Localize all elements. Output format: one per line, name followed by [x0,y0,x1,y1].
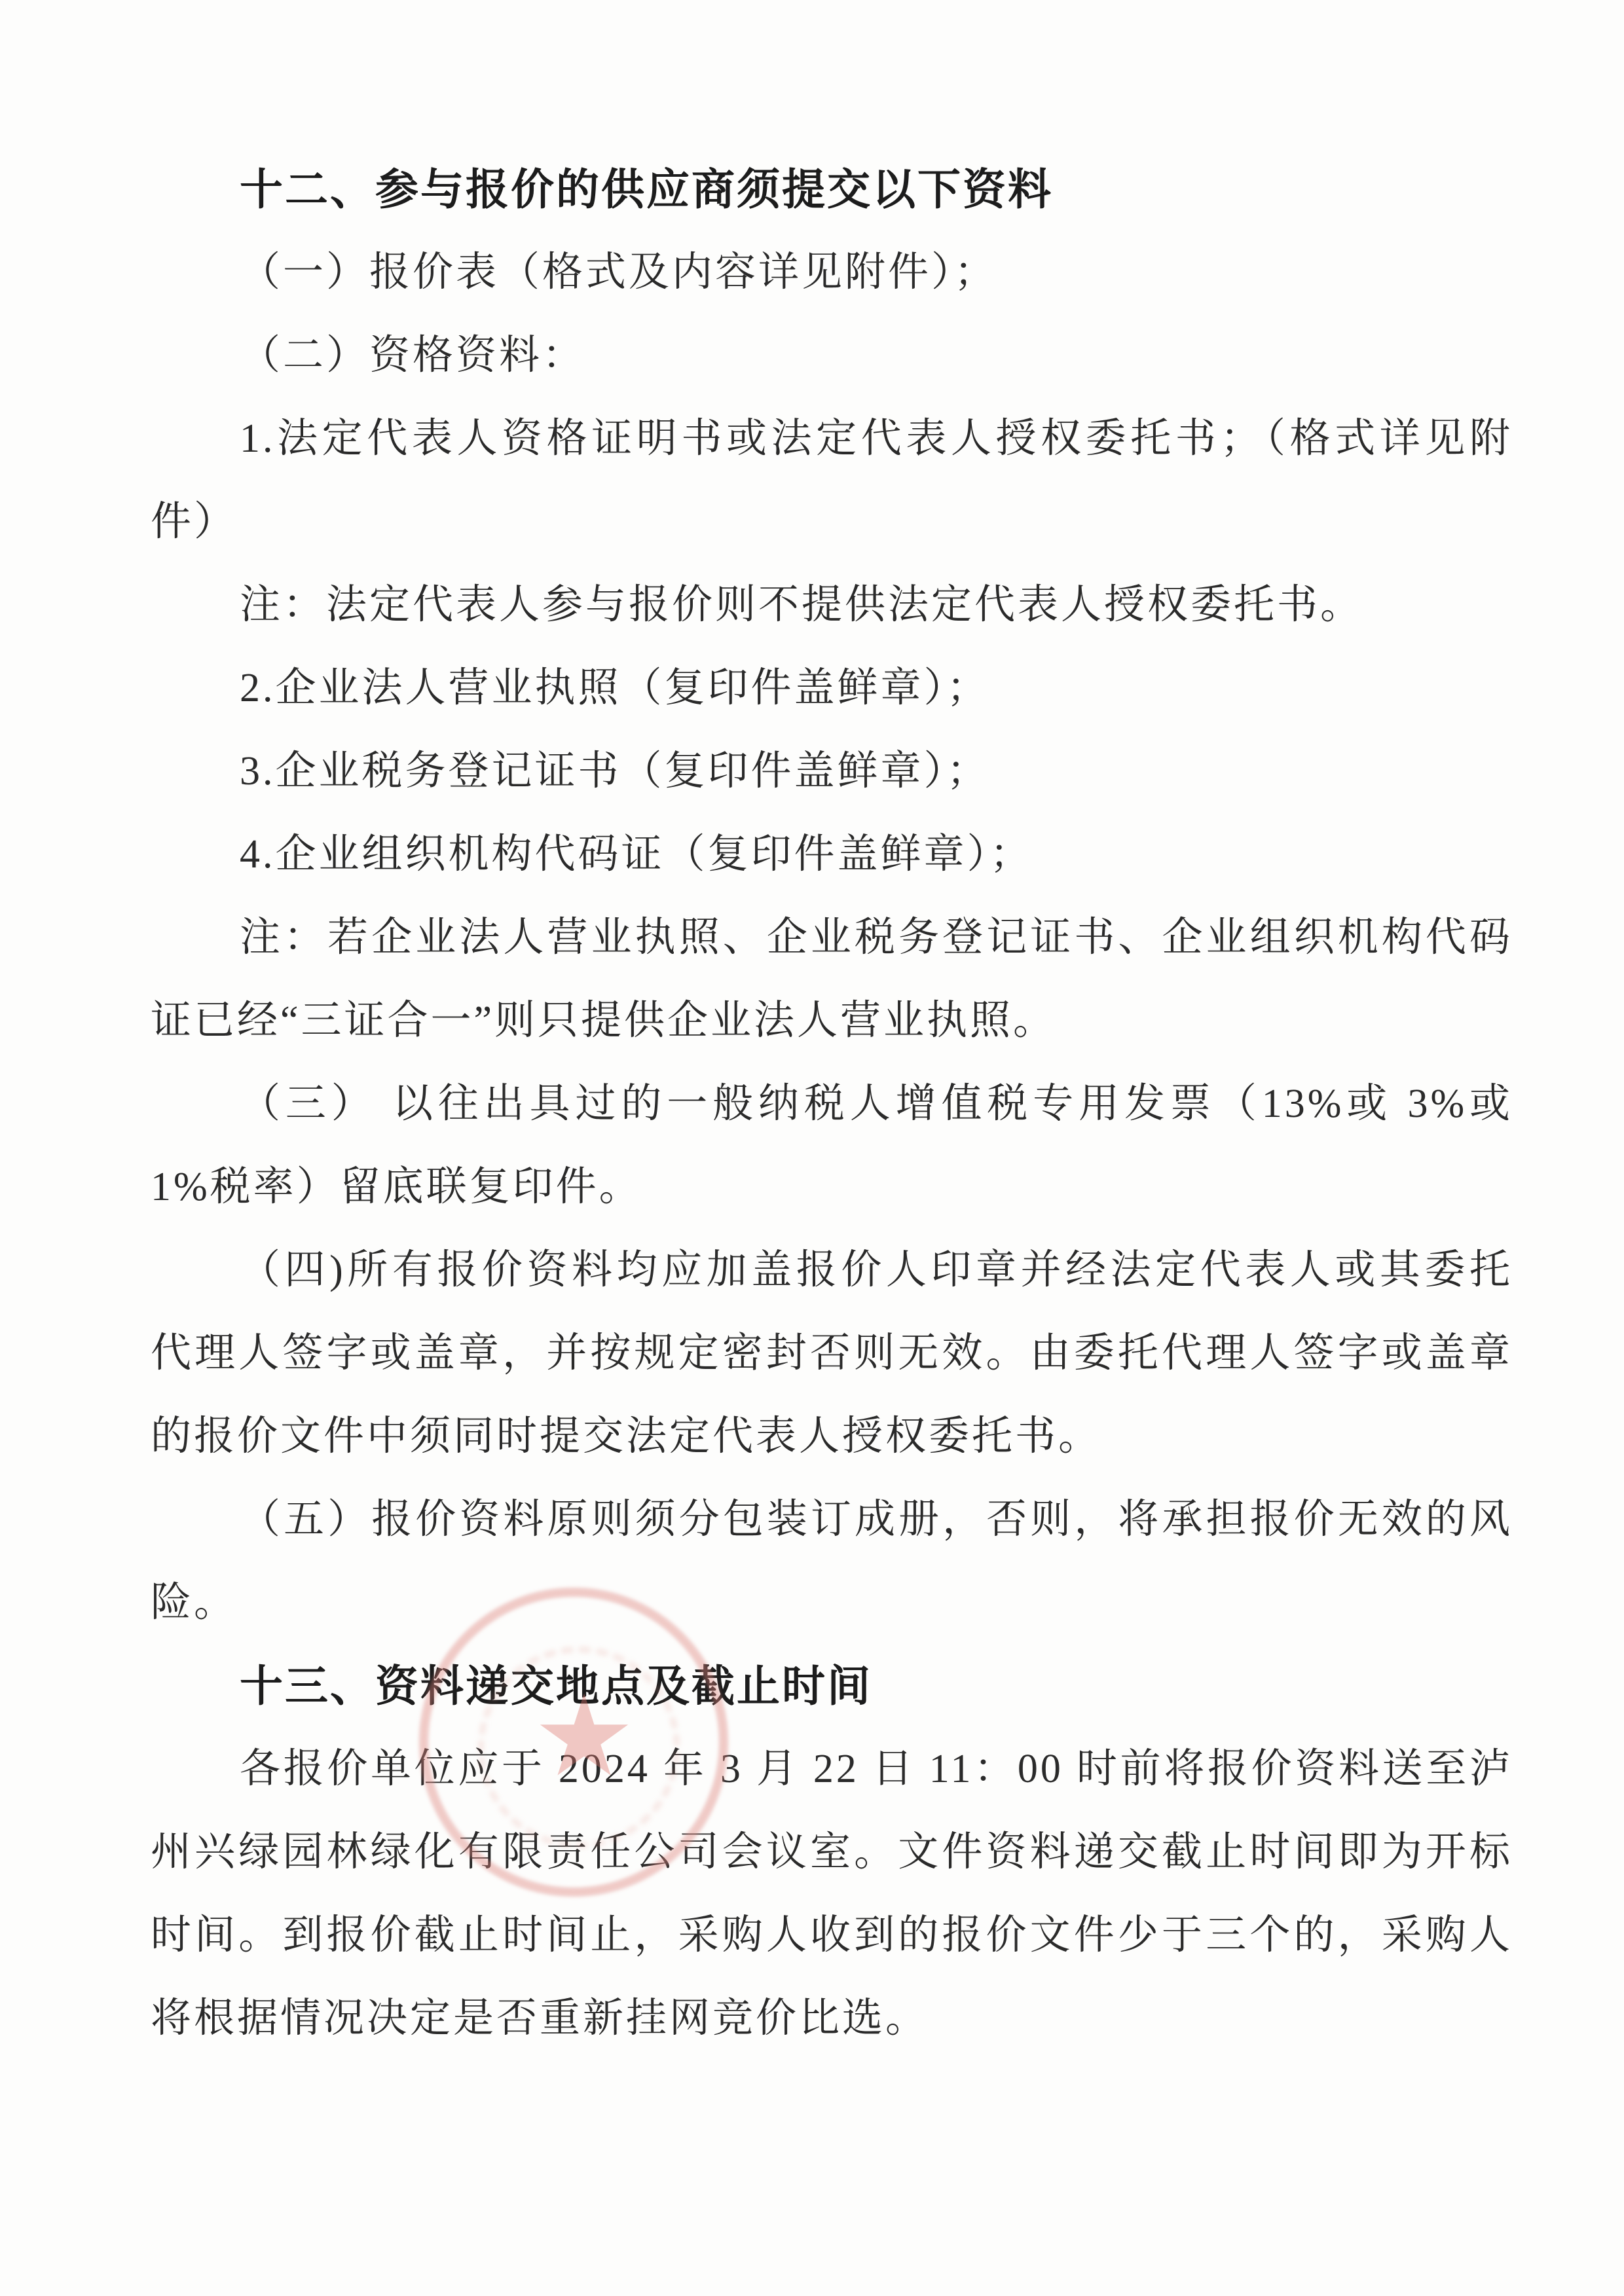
clause-3-line-1: （三） 以往出具过的一般纳税人增值税专用发票（13%或 3%或 [151,1063,1513,1146]
deadline-para-line-4: 将根据情况决定是否重新挂网竞价比选。 [151,1977,1513,2060]
document-body: 十二、参与报价的供应商须提交以下资料 （一）报价表（格式及内容详见附件）； （二… [151,148,1513,2060]
clause-4-line-3: 的报价文件中须同时提交法定代表人授权委托书。 [151,1395,1513,1478]
note-three-in-one-line-1: 注：若企业法人营业执照、企业税务登记证书、企业组织机构代码 [151,896,1513,979]
note-legal-rep-line: 注：法定代表人参与报价则不提供法定代表人授权委托书。 [151,564,1513,647]
item-3-line: 3.企业税务登记证书（复印件盖鲜章）； [151,730,1513,813]
clause-5-line-2: 险。 [151,1561,1513,1645]
clause-2-line: （二）资格资料： [151,314,1513,397]
item-4-line: 4.企业组织机构代码证（复印件盖鲜章）； [151,813,1513,896]
section-13-heading: 十三、资料递交地点及截止时间 [151,1645,1513,1728]
item-1-line-1: 1.法定代表人资格证明书或法定代表人授权委托书；（格式详见附 [151,397,1513,481]
clause-4-line-1: （四)所有报价资料均应加盖报价人印章并经法定代表人或其委托 [151,1229,1513,1312]
deadline-para-line-3: 时间。到报价截止时间止，采购人收到的报价文件少于三个的，采购人 [151,1894,1513,1977]
document-page: 十二、参与报价的供应商须提交以下资料 （一）报价表（格式及内容详见附件）； （二… [0,0,1624,2296]
note-three-in-one-line-2: 证已经“三证合一”则只提供企业法人营业执照。 [151,979,1513,1063]
deadline-para-line-2: 州兴绿园林绿化有限责任公司会议室。文件资料递交截止时间即为开标 [151,1811,1513,1894]
item-2-line: 2.企业法人营业执照（复印件盖鲜章）； [151,647,1513,730]
section-12-heading: 十二、参与报价的供应商须提交以下资料 [151,148,1513,231]
clause-1-line: （一）报价表（格式及内容详见附件）； [151,231,1513,314]
item-1-line-2: 件） [151,481,1513,564]
clause-5-line-1: （五）报价资料原则须分包装订成册，否则，将承担报价无效的风 [151,1478,1513,1561]
clause-4-line-2: 代理人签字或盖章，并按规定密封否则无效。由委托代理人签字或盖章 [151,1312,1513,1395]
deadline-para-line-1: 各报价单位应于 2024 年 3 月 22 日 11：00 时前将报价资料送至泸 [151,1728,1513,1811]
clause-3-line-2: 1%税率）留底联复印件。 [151,1146,1513,1229]
